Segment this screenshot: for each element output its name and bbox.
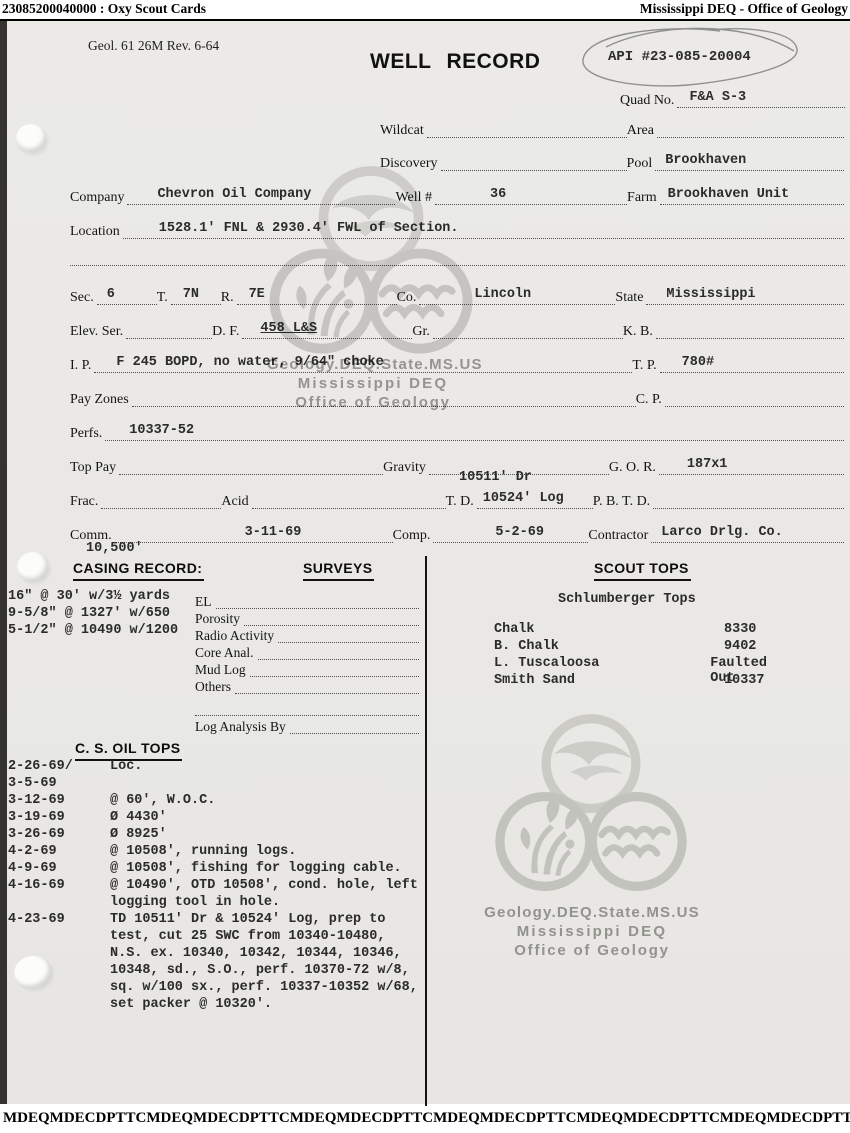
- scan-edge-shadow: [0, 21, 7, 1104]
- log-entry: 4-9-69@ 10508', fishing for logging cabl…: [8, 860, 426, 877]
- casing-record-list: 16" @ 30' w/3½ yards 9-5/8" @ 1327' w/65…: [8, 588, 178, 639]
- survey-label: EL: [195, 595, 216, 609]
- scout-tops-table: Chalk8330 B. Chalk9402 L. TuscaloosaFaul…: [494, 622, 794, 690]
- cp-line: [665, 384, 844, 407]
- hole-punch: [16, 124, 46, 152]
- frac-acid-td-row: Frac. Acid T. D. 10524' Log P. B. T. D.: [70, 487, 844, 509]
- survey-label: Core Anal.: [195, 646, 258, 660]
- deq-watermark-text: Geology.DEQ.State.MS.US Mississippi DEQ …: [267, 355, 479, 412]
- formation-depth: Faulted Out: [710, 656, 794, 673]
- quad-label: Quad No.: [620, 93, 677, 108]
- tp-label: T. P.: [632, 358, 659, 373]
- state-label: State: [615, 290, 646, 305]
- state-line: Mississippi: [646, 282, 844, 305]
- survey-item: Radio Activity: [195, 626, 419, 643]
- footer-token: MDECD: [480, 1110, 537, 1132]
- acid-label: Acid: [221, 494, 251, 509]
- log-analysis-label: Log Analysis By: [195, 720, 290, 734]
- contractor-line: Larco Drlg. Co.: [651, 520, 844, 543]
- pencil-circle-annotation: [570, 22, 810, 92]
- survey-label: Radio Activity: [195, 629, 278, 643]
- log-text: Ø 4430': [110, 809, 426, 826]
- document-id-title: 23085200040000 : Oxy Scout Cards: [2, 1, 206, 17]
- survey-item: Mud Log: [195, 660, 419, 677]
- comp-line: 5-2-69: [433, 520, 588, 543]
- footer-token: MDEQ: [3, 1110, 50, 1132]
- log-entry: 4-2-69@ 10508', running logs.: [8, 843, 426, 860]
- top-pay-label: Top Pay: [70, 460, 119, 475]
- pool-label: Pool: [627, 156, 656, 171]
- log-text: TD 10511' Dr & 10524' Log, prep to: [110, 911, 426, 928]
- casing-entry: 9-5/8" @ 1327' w/650: [8, 605, 178, 622]
- formation-name: L. Tuscaloosa: [494, 656, 710, 673]
- formation-name: Smith Sand: [494, 673, 724, 690]
- log-text: test, cut 25 SWC from 10340-10480,: [110, 928, 426, 945]
- casing-entry: 16" @ 30' w/3½ yards: [8, 588, 178, 605]
- location-line: 1528.1' FNL & 2930.4' FWL of Section.: [123, 216, 844, 239]
- elev-ser-line: [126, 316, 212, 339]
- watermark-agency: Mississippi DEQ: [472, 922, 712, 941]
- gor-value: 187x1: [687, 457, 728, 472]
- log-date: 4-2-69: [8, 843, 110, 860]
- wildcat-area-row: Wildcat Area: [380, 116, 844, 138]
- survey-line: [235, 676, 419, 694]
- range-value: 7E: [249, 287, 265, 302]
- log-text: 10348, sd., S.O., perf. 10370-72 w/8,: [110, 962, 426, 979]
- quad-value: F&A S-3: [689, 90, 746, 105]
- survey-label: Porosity: [195, 612, 244, 626]
- top-pay-row: Top Pay Gravity G. O. R. 187x1: [70, 453, 844, 475]
- df-label: D. F.: [212, 324, 242, 339]
- schlumberger-tops-subheading: Schlumberger Tops: [558, 592, 696, 607]
- comp-value: 5-2-69: [495, 525, 544, 540]
- viewer-header-bar: 23085200040000 : Oxy Scout Cards Mississ…: [0, 0, 850, 21]
- log-text: N.S. ex. 10340, 10342, 10344, 10346,: [110, 945, 426, 962]
- comp-label: Comp.: [393, 528, 434, 543]
- surveys-heading: SURVEYS: [303, 560, 374, 581]
- elev-ser-label: Elev. Ser.: [70, 324, 126, 339]
- sec-label: Sec.: [70, 290, 97, 305]
- log-text: @ 10490', OTD 10508', cond. hole, left: [110, 877, 426, 894]
- survey-line: [244, 608, 419, 626]
- survey-label: Mud Log: [195, 663, 250, 677]
- township-line: 7N: [171, 282, 221, 305]
- watermark-url: Geology.DEQ.State.MS.US: [472, 903, 712, 922]
- oil-tops-log: 2-26-69/Loc. 3-5-69 3-12-69@ 60', W.O.C.…: [8, 758, 426, 1013]
- agency-title: Mississippi DEQ - Office of Geology: [640, 1, 848, 17]
- gor-line: 187x1: [659, 452, 844, 475]
- form-revision-note: Geol. 61 26M Rev. 6-64: [88, 38, 219, 54]
- log-text: sq. w/100 sx., perf. 10337-10352 w/68,: [110, 979, 426, 996]
- formation-name: B. Chalk: [494, 639, 724, 656]
- tp-line: 780#: [660, 350, 844, 373]
- log-text: logging tool in hole.: [110, 894, 426, 911]
- footer-token: MDECD: [193, 1110, 250, 1132]
- footer-token: PTTC: [823, 1110, 850, 1132]
- contractor-value: Larco Drlg. Co.: [661, 525, 783, 540]
- perfs-row: Perfs. 10337-52: [70, 419, 844, 441]
- deq-logo-watermark: [266, 164, 476, 364]
- survey-item: Porosity: [195, 609, 419, 626]
- pbtd-label: P. B. T. D.: [593, 494, 653, 509]
- pool-line: Brookhaven: [655, 148, 844, 171]
- log-entry: 4-16-69@ 10490', OTD 10508', cond. hole,…: [8, 877, 426, 911]
- footer-token: MDEQ: [146, 1110, 193, 1132]
- scout-top-row: B. Chalk9402: [494, 639, 794, 656]
- footer-token: MDECD: [336, 1110, 393, 1132]
- footer-token: MDEQ: [433, 1110, 480, 1132]
- casing-record-heading: CASING RECORD:: [73, 560, 204, 581]
- survey-line: [278, 625, 419, 643]
- comm-comp-row: Comm. 3-11-69 Comp. 5-2-69 Contractor La…: [70, 521, 844, 543]
- log-text: @ 10508', fishing for logging cable.: [110, 860, 426, 877]
- footer-token: MDEQ: [290, 1110, 337, 1132]
- log-date: 3-5-69: [8, 775, 110, 792]
- td-line: 10524' Log: [477, 486, 593, 509]
- sec-value: 6: [107, 287, 115, 302]
- td-drill-value: 10511' Dr: [459, 470, 532, 485]
- comm-line: 3-11-69: [115, 520, 393, 543]
- pay-zones-label: Pay Zones: [70, 392, 132, 407]
- log-text: @ 60', W.O.C.: [110, 792, 426, 809]
- company-label: Company: [70, 190, 127, 205]
- footer-token: PTTC: [250, 1110, 290, 1132]
- pool-value: Brookhaven: [665, 153, 746, 168]
- farm-label: Farm: [627, 190, 660, 205]
- scout-top-row: Chalk8330: [494, 622, 794, 639]
- farm-line: Brookhaven Unit: [660, 182, 844, 205]
- footer-token: MDECD: [623, 1110, 680, 1132]
- surveys-list: EL Porosity Radio Activity Core Anal. Mu…: [195, 592, 419, 734]
- deq-logo-watermark: [492, 712, 690, 901]
- formation-name: Chalk: [494, 622, 724, 639]
- formation-depth: 9402: [724, 639, 756, 656]
- formation-depth: 10337: [724, 673, 765, 690]
- footer-token: PTTC: [106, 1110, 146, 1132]
- kb-label: K. B.: [623, 324, 656, 339]
- farm-value: Brookhaven Unit: [668, 187, 790, 202]
- cp-label: C. P.: [636, 392, 665, 407]
- watermark-office: Office of Geology: [267, 393, 479, 412]
- log-date: 4-16-69: [8, 877, 110, 911]
- scout-tops-heading: SCOUT TOPS: [594, 560, 691, 581]
- footer-token: PTTC: [680, 1110, 720, 1132]
- tp-value: 780#: [682, 355, 714, 370]
- footer-token: MDEQ: [576, 1110, 623, 1132]
- survey-item: EL: [195, 592, 419, 609]
- perfs-value: 10337-52: [129, 423, 194, 438]
- log-entry: 3-26-69Ø 8925': [8, 826, 426, 843]
- footer-token: MDECD: [766, 1110, 823, 1132]
- survey-line: [195, 698, 419, 716]
- log-text: Ø 8925': [110, 826, 426, 843]
- range-label: R.: [221, 290, 237, 305]
- log-entry: 3-5-69: [8, 775, 426, 792]
- watermark-agency: Mississippi DEQ: [267, 374, 479, 393]
- log-entry: 4-23-69TD 10511' Dr & 10524' Log, prep t…: [8, 911, 426, 1013]
- scout-top-row: L. TuscaloosaFaulted Out: [494, 656, 794, 673]
- footer-token: MDEQ: [720, 1110, 767, 1132]
- wildcat-label: Wildcat: [380, 123, 427, 138]
- log-date: 3-12-69: [8, 792, 110, 809]
- log-text: set packer @ 10320'.: [110, 996, 426, 1013]
- survey-blank-line: [195, 699, 419, 716]
- gravity-label: Gravity: [383, 460, 429, 475]
- ip-label: I. P.: [70, 358, 94, 373]
- log-analysis-row: Log Analysis By: [195, 717, 419, 734]
- gor-label: G. O. R.: [609, 460, 659, 475]
- log-text: Loc.: [110, 758, 426, 775]
- kb-line: [656, 316, 844, 339]
- comm-value: 3-11-69: [245, 525, 302, 540]
- casing-entry: 5-1/2" @ 10490 w/1200: [8, 622, 178, 639]
- township-value: 7N: [183, 287, 199, 302]
- perfs-line: 10337-52: [105, 418, 844, 441]
- log-date: 3-26-69: [8, 826, 110, 843]
- log-date: 2-26-69/: [8, 758, 110, 775]
- footer-token: MDECD: [50, 1110, 107, 1132]
- footer-token: PTTC: [393, 1110, 433, 1132]
- well-number-value: 36: [490, 187, 506, 202]
- column-divider-line: [425, 556, 427, 1106]
- survey-item: Others: [195, 677, 419, 694]
- log-entry: 3-19-69Ø 4430': [8, 809, 426, 826]
- area-label: Area: [627, 123, 657, 138]
- survey-label: Others: [195, 680, 235, 694]
- frac-label: Frac.: [70, 494, 101, 509]
- sec-line: 6: [97, 282, 157, 305]
- footer-token: PTTC: [536, 1110, 576, 1132]
- formation-depth: 8330: [724, 622, 756, 639]
- survey-line: [216, 591, 420, 609]
- area-line: [657, 115, 844, 138]
- county-value: Lincoln: [474, 287, 531, 302]
- township-label: T.: [157, 290, 171, 305]
- watermark-office: Office of Geology: [472, 941, 712, 960]
- log-entry: 2-26-69/Loc.: [8, 758, 426, 775]
- acid-line: [252, 486, 446, 509]
- perfs-label: Perfs.: [70, 426, 105, 441]
- log-text: @ 10508', running logs.: [110, 843, 426, 860]
- page-title: WELL RECORD: [370, 50, 540, 74]
- pbtd-line: [653, 486, 844, 509]
- log-entry: 3-12-69@ 60', W.O.C.: [8, 792, 426, 809]
- comm-depth-note: 10,500': [86, 541, 143, 556]
- contractor-label: Contractor: [588, 528, 651, 543]
- log-date: 3-19-69: [8, 809, 110, 826]
- survey-line: [250, 659, 419, 677]
- log-date: 4-9-69: [8, 860, 110, 877]
- top-pay-line: [119, 452, 383, 475]
- watermark-url: Geology.DEQ.State.MS.US: [267, 355, 479, 374]
- survey-line: [290, 716, 419, 734]
- td-label: T. D.: [446, 494, 477, 509]
- deq-watermark-text: Geology.DEQ.State.MS.US Mississippi DEQ …: [472, 903, 712, 960]
- state-value: Mississippi: [666, 287, 755, 302]
- survey-item: Core Anal.: [195, 643, 419, 660]
- viewer-footer-bar: MDEQ MDECD PTTC MDEQ MDECD PTTC MDEQ MDE…: [0, 1110, 850, 1132]
- wildcat-line: [427, 115, 627, 138]
- td-log-value: 10524' Log: [483, 491, 564, 506]
- survey-line: [258, 642, 420, 660]
- scout-top-row: Smith Sand10337: [494, 673, 794, 690]
- location-label: Location: [70, 224, 123, 239]
- frac-line: [101, 486, 221, 509]
